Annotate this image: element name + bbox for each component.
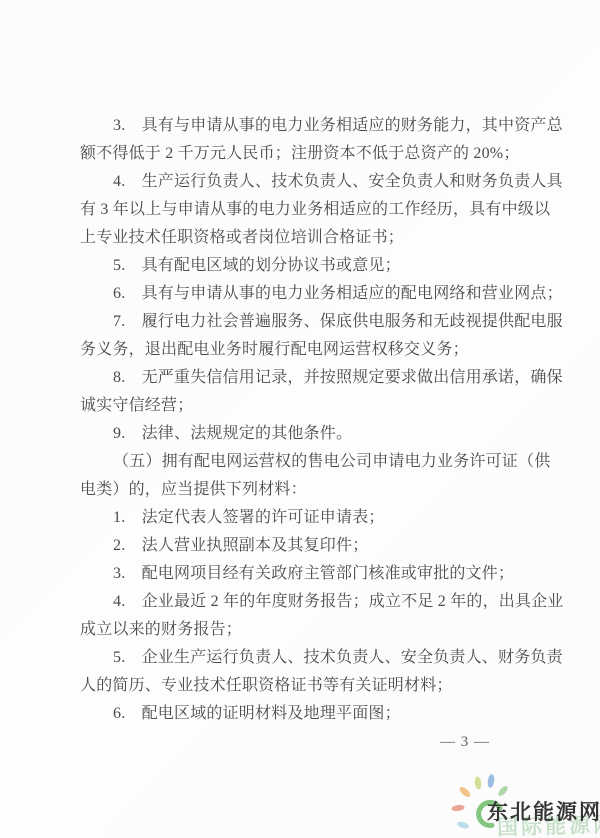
logo-petal-light-blue	[456, 820, 469, 829]
text-line: 上专业技术任职资格或者岗位培训合格证书；	[80, 224, 524, 252]
text-line: 诚实守信经营；	[80, 392, 524, 420]
text-line: 6. 配电区域的证明材料及地理平面图；	[80, 700, 524, 728]
text-line: 电类）的，应当提供下列材料：	[80, 476, 524, 504]
text-line: 3. 配电网项目经有关政府主管部门核准或审批的文件；	[80, 560, 524, 588]
text-line: 4. 企业最近 2 年的年度财务报告；成立不足 2 年的，出具企业	[80, 588, 524, 616]
site-watermark: 国际能源网 东北能源网	[450, 770, 600, 838]
text-line: 7. 履行电力社会普遍服务、保底供电服务和无歧视提供配电服	[80, 308, 524, 336]
logo-petal-orange	[458, 785, 472, 798]
logo-petal-yellow-green	[474, 776, 482, 790]
text-line: 6. 具有与申请从事的电力业务相适应的配电网络和营业网点；	[80, 280, 524, 308]
text-line: 务义务，退出配电业务时履行配电网运营权移交义务；	[80, 336, 524, 364]
text-line: 1. 法定代表人签署的许可证申请表；	[80, 504, 524, 532]
text-line: 9. 法律、法规规定的其他条件。	[80, 420, 524, 448]
document-body: 3. 具有与申请从事的电力业务相适应的财务能力，其中资产总 额不得低于 2 千万…	[80, 112, 524, 728]
text-line: （五）拥有配电网运营权的售电公司申请电力业务许可证（供	[80, 448, 524, 476]
text-line: 4. 生产运行负责人、技术负责人、安全负责人和财务负责人具	[80, 168, 524, 196]
text-line: 额不得低于 2 千万元人民币；注册资本不低于总资产的 20%；	[80, 140, 524, 168]
text-line: 5. 具有配电区域的划分协议书或意见；	[80, 252, 524, 280]
logo-petal-salmon	[451, 804, 465, 812]
text-line: 2. 法人营业执照副本及其复印件；	[80, 532, 524, 560]
text-line: 人的简历、专业技术任职资格证书等有关证明材料；	[80, 672, 524, 700]
text-line: 5. 企业生产运行负责人、技术负责人、安全负责人、财务负责	[80, 644, 524, 672]
page-number: — 3 —	[415, 734, 515, 751]
logo-petal-blue	[487, 774, 495, 788]
text-line: 3. 具有与申请从事的电力业务相适应的财务能力，其中资产总	[80, 112, 524, 140]
text-line: 成立以来的财务报告；	[80, 616, 524, 644]
text-line: 8. 无严重失信信用记录，并按照规定要求做出信用承诺，确保	[80, 364, 524, 392]
text-line: 有 3 年以上与申请从事的电力业务相适应的工作经历，具有中级以	[80, 196, 524, 224]
watermark-primary-text: 东北能源网	[487, 796, 600, 826]
scanned-document-page: 3. 具有与申请从事的电力业务相适应的财务能力，其中资产总 额不得低于 2 千万…	[0, 0, 600, 838]
